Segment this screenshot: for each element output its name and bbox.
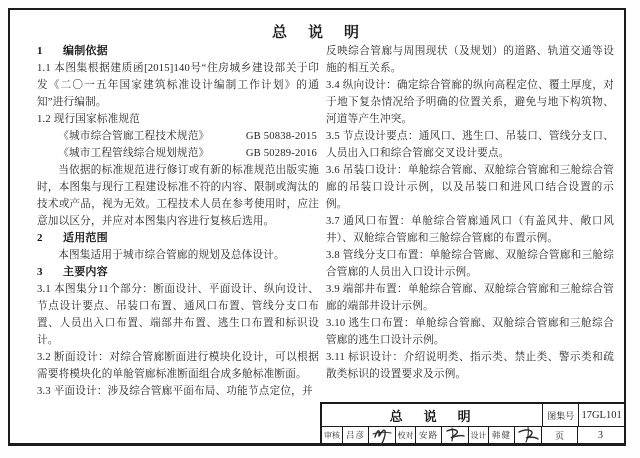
checker-name: 安路	[415, 427, 441, 443]
reviewer-label: 审核	[322, 427, 342, 443]
para-note: 当依据的标准规范进行修订或有新的标准规范出版实施时，本图集与现行工程建设标准不符…	[37, 162, 319, 230]
signature-stroke-icon	[370, 424, 396, 444]
atlas-number-label: 图集号	[542, 404, 578, 426]
standard-code: GB 50838-2015	[246, 128, 317, 145]
para-3-5: 3.5 节点设计要点：通风口、逃生口、吊装口、管线分支口、人员出入口和综合管廊交…	[326, 128, 614, 162]
title-block-row-2: 审核 吕彦 校对 安路 设计 韩健	[322, 426, 624, 443]
title-block-row-1: 总 说 明 图集号 17GL101	[322, 404, 624, 426]
drawing-title: 总 说 明	[322, 404, 542, 426]
standard-title: 《城市工程管线综合规划规范》	[58, 145, 209, 162]
section-number: 2	[37, 230, 49, 247]
title-block: 总 说 明 图集号 17GL101 审核 吕彦 校对 安路	[320, 402, 626, 446]
para-3-11: 3.11 标识设计：介绍说明类、指示类、禁止类、警示类和疏散类标识的设置要求及示…	[326, 349, 614, 383]
page-number-label: 页	[541, 427, 577, 443]
section-number: 1	[37, 43, 49, 60]
section-number: 3	[37, 264, 49, 281]
standard-ref-2: 《城市工程管线综合规划规范》GB 50289-2016	[37, 145, 319, 162]
para-3-7: 3.7 通风口布置：单舱综合管廊通风口（有盖风井、敞口风井）、双舱综合管廊和三舱…	[326, 213, 614, 247]
checker-label: 校对	[395, 427, 415, 443]
page-number: 3	[577, 427, 623, 443]
para-1-2: 1.2 现行国家标准规范	[37, 111, 319, 128]
para-3-2: 3.2 断面设计：对综合管廊断面进行模块化设计，可以根据需要将模块化的单舱管廊标…	[37, 349, 319, 383]
standard-title: 《城市综合管廊工程技术规范》	[58, 128, 209, 145]
atlas-number: 17GL101	[578, 404, 624, 426]
page-border-frame: 总 说 明 1编制依据 1.1 本图集根据建质函[2015]140号“住房城乡建…	[8, 8, 626, 446]
para-3-1: 3.1 本图集分11个部分：断面设计、平面设计、纵向设计、节点设计要点、吊装口布…	[37, 281, 319, 349]
designer-name: 韩健	[488, 427, 514, 443]
section-label: 主要内容	[63, 266, 108, 278]
para-3-4: 3.4 纵向设计：确定综合管廊的纵向高程定位、覆土厚度，对于地下复杂情况给予明确…	[326, 77, 614, 128]
right-column: 反映综合管廊与周围现状（及规划）的道路、轨道交通等设施的相互关系。 3.4 纵向…	[326, 43, 614, 383]
checker-signature	[441, 427, 468, 443]
standard-code: GB 50289-2016	[246, 145, 317, 162]
signature-stroke-icon	[516, 424, 542, 444]
para-3-10: 3.10 逃生口布置：单舱综合管廊、双舱综合管廊和三舱综合管廊的逃生口设计示例。	[326, 315, 614, 349]
page-title: 总 说 明	[10, 21, 624, 42]
scanned-atlas-page: 总 说 明 1编制依据 1.1 本图集根据建质函[2015]140号“住房城乡建…	[0, 0, 640, 458]
para-2: 本图集适用于城市综合管廊的规划及总体设计。	[37, 247, 319, 264]
section-label: 编制依据	[63, 45, 108, 57]
para-1-1: 1.1 本图集根据建质函[2015]140号“住房城乡建设部关于印发《二〇一五年…	[37, 60, 319, 111]
designer-signature	[514, 427, 541, 443]
para-3-3-continued: 反映综合管廊与周围现状（及规划）的道路、轨道交通等设施的相互关系。	[326, 43, 614, 77]
left-column: 1编制依据 1.1 本图集根据建质函[2015]140号“住房城乡建设部关于印发…	[37, 43, 319, 400]
section-heading-3: 3主要内容	[37, 264, 319, 281]
para-3-9: 3.9 端部井布置：单舱综合管廊、双舱综合管廊和三舱综合管廊的端部井设计示例。	[326, 281, 614, 315]
reviewer-name: 吕彦	[342, 427, 368, 443]
section-heading-2: 2适用范围	[37, 230, 319, 247]
designer-label: 设计	[468, 427, 488, 443]
para-3-6: 3.6 吊装口设计：单舱综合管廊、双舱综合管廊和三舱综合管廊的吊装口设计示例，以…	[326, 162, 614, 213]
para-3-3: 3.3 平面设计：涉及综合管廊平面布局、功能节点定位，并	[37, 383, 319, 400]
para-3-8: 3.8 管线分支口布置：单舱综合管廊、双舱综合管廊和三舱综合管廊的人员出入口设计…	[326, 247, 614, 281]
reviewer-signature	[368, 427, 395, 443]
standard-ref-1: 《城市综合管廊工程技术规范》GB 50838-2015	[37, 128, 319, 145]
signature-stroke-icon	[443, 424, 469, 444]
section-label: 适用范围	[63, 232, 108, 244]
section-heading-1: 1编制依据	[37, 43, 319, 60]
